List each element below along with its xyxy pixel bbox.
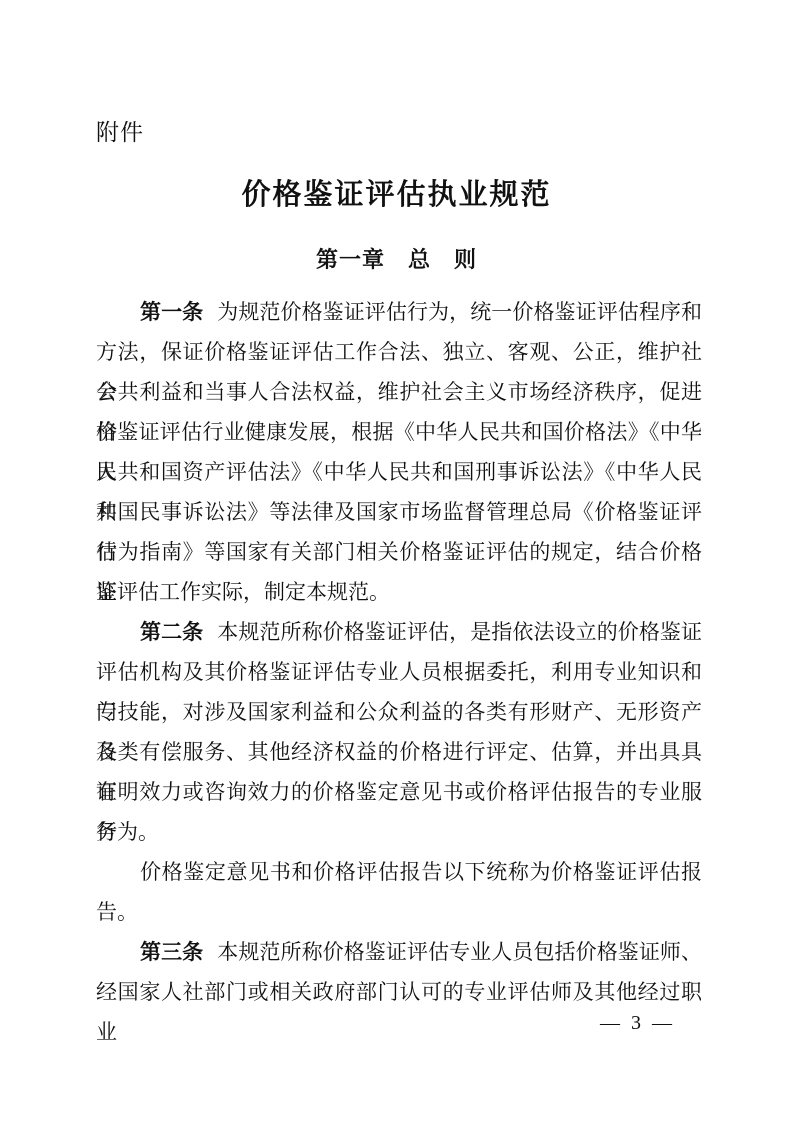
page-number: — 3 —: [600, 1012, 675, 1035]
body-line-text: 告。: [96, 900, 138, 924]
body-line: 方法，保证价格鉴证评估工作合法、独立、客观、公正，维护社会: [96, 332, 702, 372]
body-line: 证评估工作实际，制定本规范。: [96, 572, 702, 612]
paragraph: 第三条本规范所称价格鉴证评估专业人员包括价格鉴证师、经国家人社部门或相关政府部门…: [96, 932, 702, 1012]
document-page: 附件 价格鉴证评估执业规范 第一章 总 则 第一条为规范价格鉴证评估行为，统一价…: [0, 0, 793, 1122]
body-line-text: 本规范所称价格鉴证评估，是指依法设立的价格鉴证: [217, 620, 702, 644]
body-line: 第二条本规范所称价格鉴证评估，是指依法设立的价格鉴证: [96, 612, 702, 652]
body-line: 第一条为规范价格鉴证评估行为，统一价格鉴证评估程序和: [96, 292, 702, 332]
body-line-text: 价格鉴定意见书和价格评估报告以下统称为价格鉴证评估报: [140, 860, 702, 884]
body-line: 门技能，对涉及国家利益和公众利益的各类有形财产、无形资产及: [96, 692, 702, 732]
body-line: 各类有偿服务、其他经济权益的价格进行评定、估算，并出具具有: [96, 732, 702, 772]
body-line: 告。: [96, 892, 702, 932]
article-number: 第二条: [140, 621, 203, 644]
body-line: 公共利益和当事人合法权益，维护社会主义市场经济秩序，促进价: [96, 372, 702, 412]
body-line: 证明效力或咨询效力的价格鉴定意见书或价格评估报告的专业服务: [96, 772, 702, 812]
body-line: 评估机构及其价格鉴证评估专业人员根据委托，利用专业知识和专: [96, 652, 702, 692]
body-line-text: 行为。: [96, 820, 159, 844]
body-line-text: 证评估工作实际，制定本规范。: [96, 580, 390, 604]
body-line: 民共和国资产评估法》《中华人民共和国刑事诉讼法》《中华人民共: [96, 452, 702, 492]
attachment-label: 附件: [96, 114, 144, 147]
article-number: 第三条: [140, 941, 203, 964]
paragraph: 第二条本规范所称价格鉴证评估，是指依法设立的价格鉴证评估机构及其价格鉴证评估专业…: [96, 612, 702, 852]
article-number: 第一条: [140, 301, 203, 324]
body-line: 第三条本规范所称价格鉴证评估专业人员包括价格鉴证师、: [96, 932, 702, 972]
chapter-heading: 第一章 总 则: [0, 243, 793, 274]
body-line: 格鉴证评估行业健康发展，根据《中华人民共和国价格法》《中华人: [96, 412, 702, 452]
body-line-text: 本规范所称价格鉴证评估专业人员包括价格鉴证师、: [217, 940, 702, 964]
body-line-text: 为规范价格鉴证评估行为，统一价格鉴证评估程序和: [217, 300, 702, 324]
paragraph: 第一条为规范价格鉴证评估行为，统一价格鉴证评估程序和方法，保证价格鉴证评估工作合…: [96, 292, 702, 612]
body-line: 价格鉴定意见书和价格评估报告以下统称为价格鉴证评估报: [96, 852, 702, 892]
body-line: 行为指南》等国家有关部门相关价格鉴证评估的规定，结合价格鉴: [96, 532, 702, 572]
document-title: 价格鉴证评估执业规范: [0, 172, 793, 213]
document-body: 第一条为规范价格鉴证评估行为，统一价格鉴证评估程序和方法，保证价格鉴证评估工作合…: [96, 292, 702, 1012]
body-line: 行为。: [96, 812, 702, 852]
body-line: 和国民事诉讼法》等法律及国家市场监督管理总局《价格鉴证评估: [96, 492, 702, 532]
body-line: 经国家人社部门或相关政府部门认可的专业评估师及其他经过职业: [96, 972, 702, 1012]
paragraph: 价格鉴定意见书和价格评估报告以下统称为价格鉴证评估报告。: [96, 852, 702, 932]
